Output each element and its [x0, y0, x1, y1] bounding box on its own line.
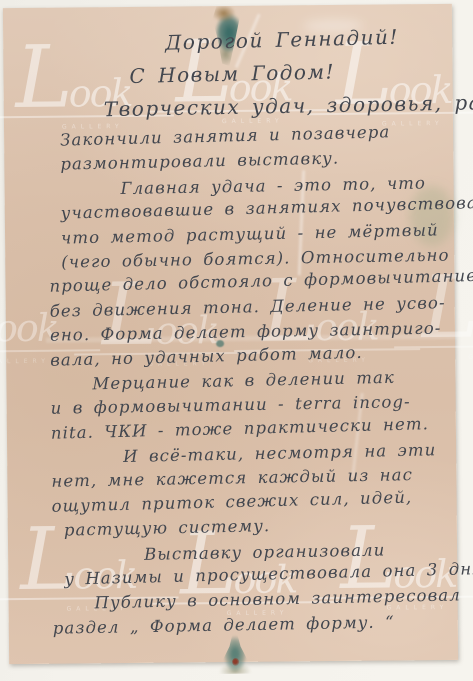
- letter-body: Дорогой Геннадий!С Новым Годом!Творчески…: [47, 28, 445, 643]
- letter-paper: Look GALLERY Look GALLERY Look GALLERY L…: [3, 4, 458, 664]
- scan-background: Look GALLERY Look GALLERY Look GALLERY L…: [0, 0, 473, 681]
- red-ink-dot: [232, 658, 239, 666]
